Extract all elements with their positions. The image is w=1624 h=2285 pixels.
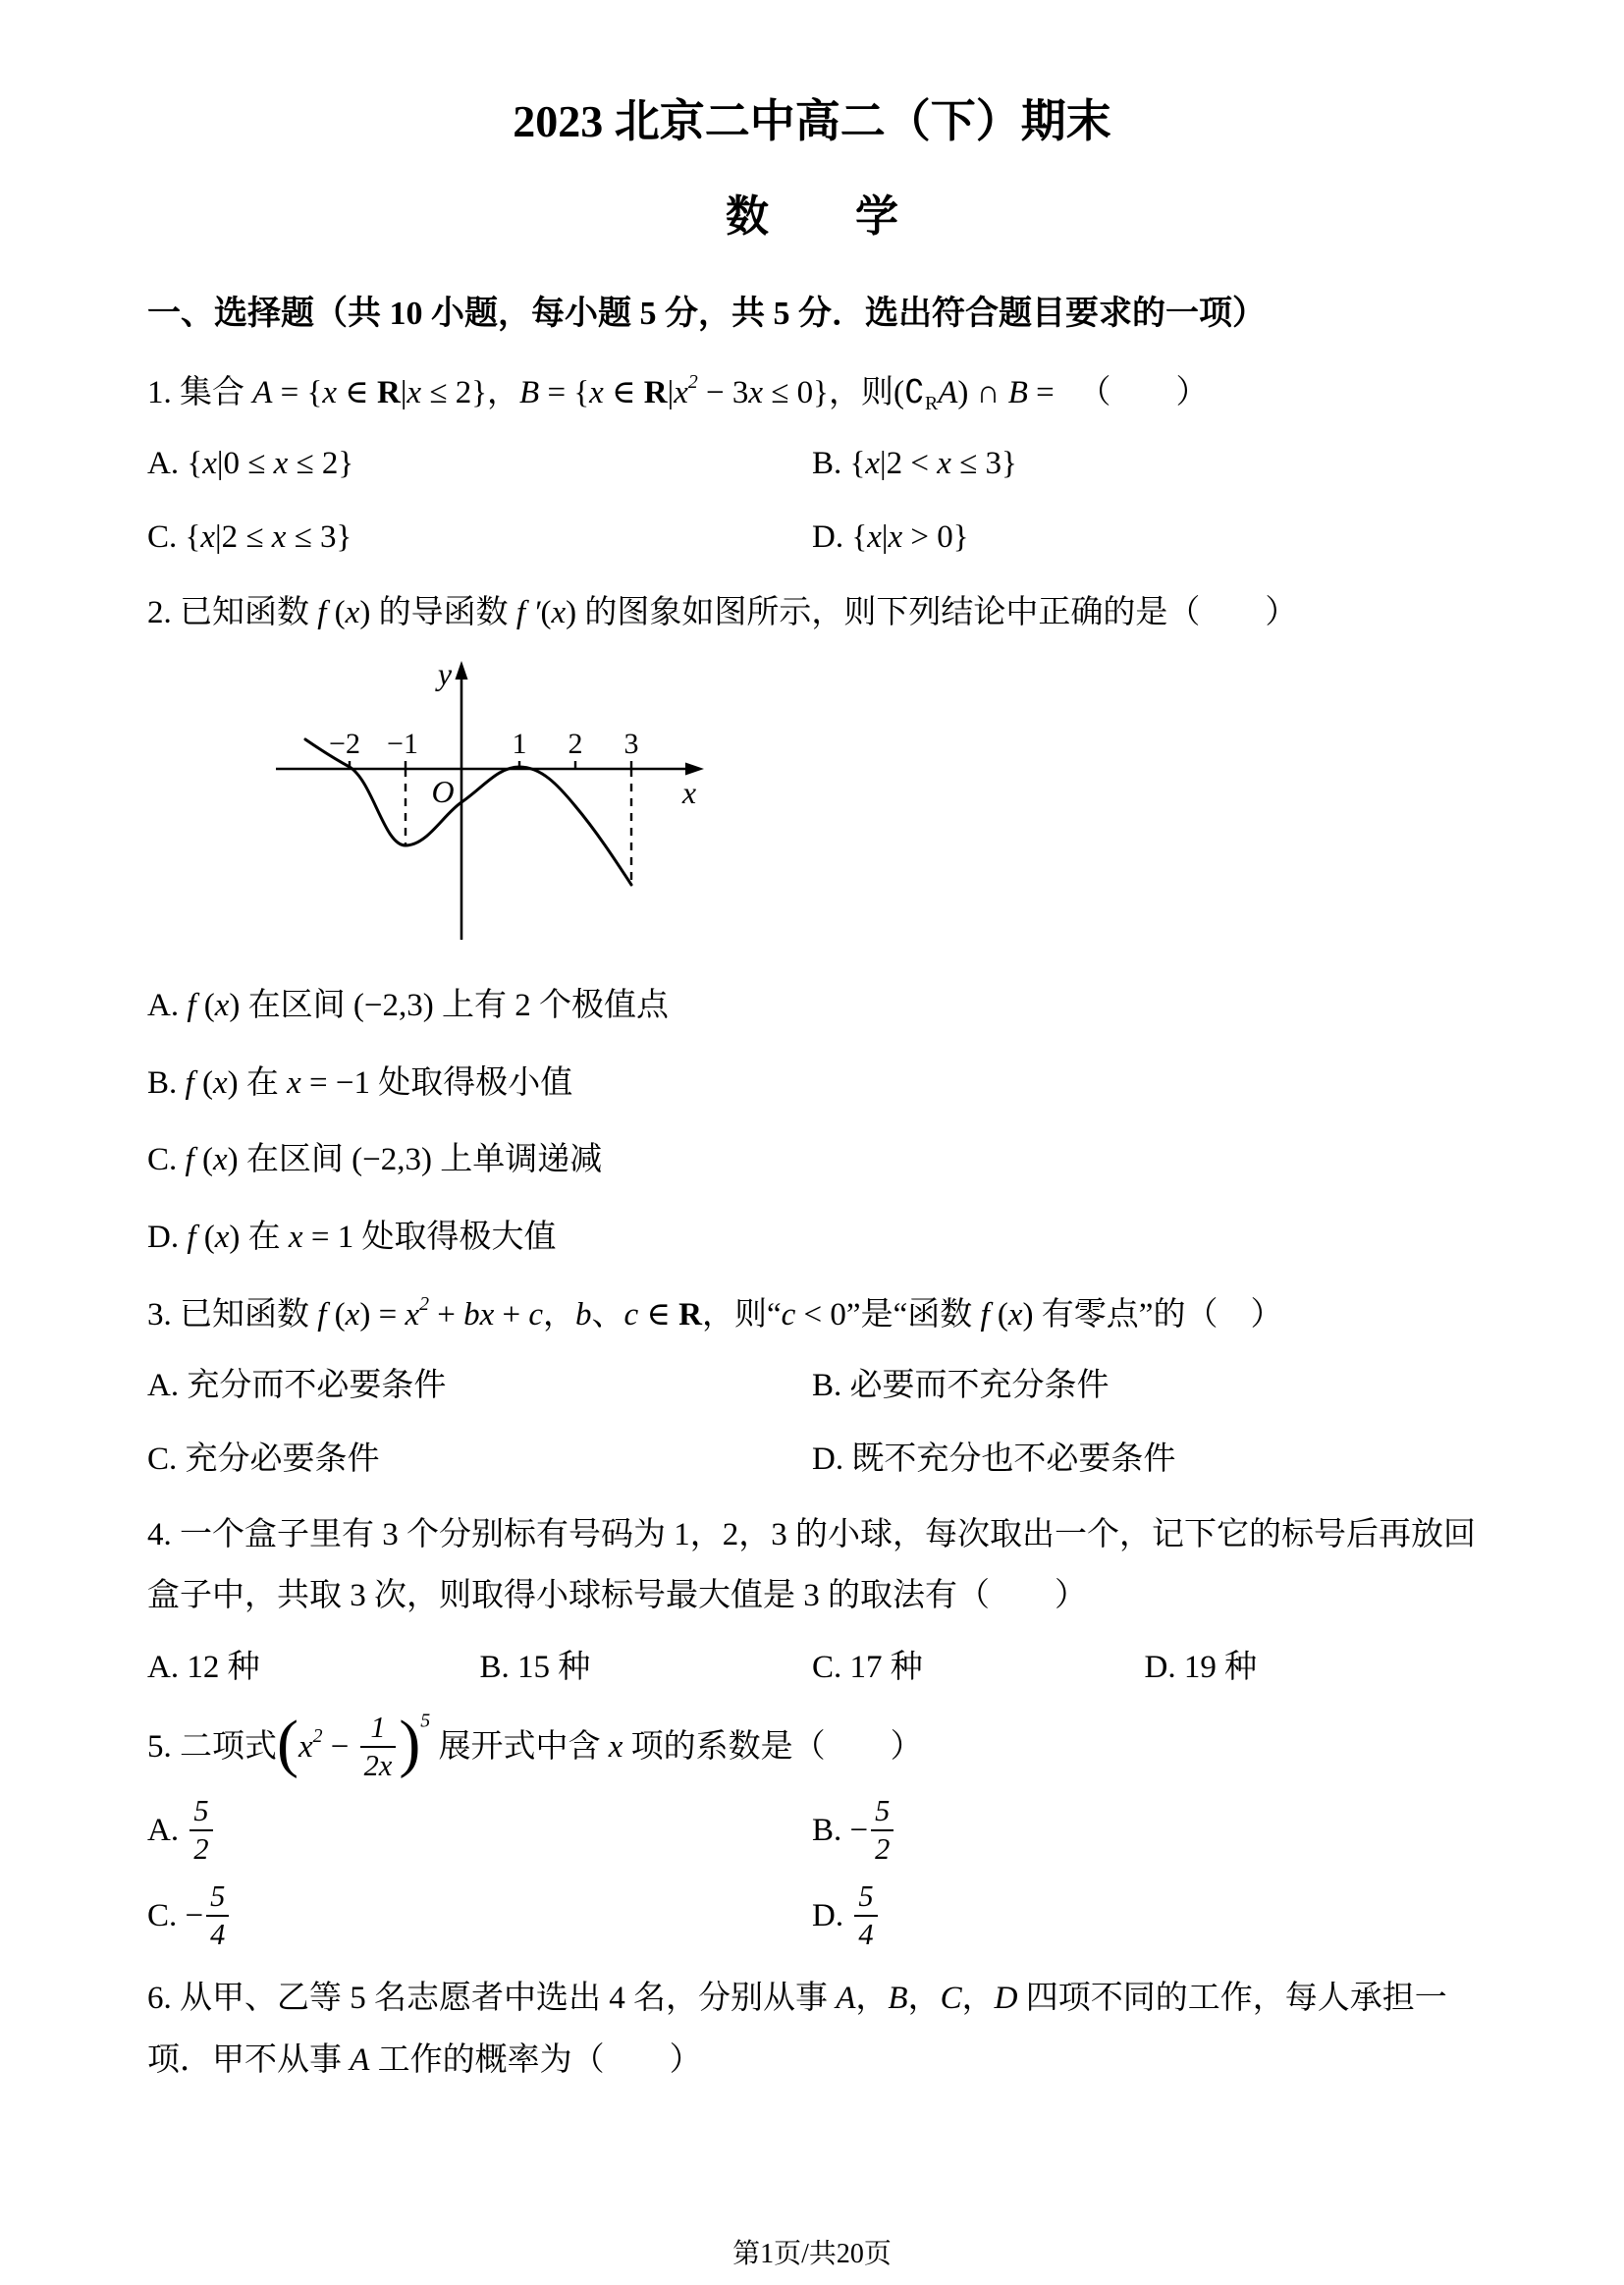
text-run: （ ） [1062, 375, 1209, 410]
question-3-options: A. 充分而不必要条件 B. 必要而不充分条件 C. 充分必要条件 D. 既不充… [147, 1355, 1477, 1490]
math-upright-run: ∈ [337, 375, 377, 410]
math-upright-run: < 0 [795, 1297, 846, 1333]
math-upright-run: ) [228, 1142, 239, 1177]
math-run: x [200, 519, 215, 555]
math-run: x [346, 1297, 360, 1333]
big-paren: ( [277, 1708, 298, 1779]
question-2-option-c: C. f (x) 在区间 (−2,3) 上单调递减 [147, 1129, 1477, 1191]
derivative-curve [305, 739, 631, 885]
text-run: D. [812, 1898, 851, 1933]
math-run: f [980, 1297, 989, 1333]
fraction-denominator: 4 [854, 1915, 877, 1952]
math-upright-run: + [429, 1297, 463, 1333]
math-run: f ′ [516, 595, 541, 630]
question-1-option-c: C. {x|2 ≤ x ≤ 3} [147, 507, 812, 569]
math-run: x [274, 446, 289, 481]
text-run: 、 [592, 1297, 624, 1333]
question-4-stem: 4. 一个盒子里有 3 个分别标有号码为 1，2，3 的小球，每次取出一个，记下… [147, 1504, 1477, 1627]
fraction: 54 [854, 1878, 877, 1952]
math-run: x [937, 446, 951, 481]
exam-page: 2023 北京二中高二（下）期末 数 学 一、选择题（共 10 小题，每小题 5… [0, 0, 1624, 2285]
math-upright-run: ( [326, 595, 345, 630]
question-1: 1. 集合 A = {x ∈ R|x ≤ 2}，B = {x ∈ R|x2 − … [147, 362, 1477, 569]
math-bold-run: R [644, 375, 668, 410]
text-run: 上有 2 个极值点 [434, 988, 669, 1023]
math-upright-run: ) [229, 1220, 240, 1255]
math-run: x [215, 988, 230, 1023]
math-run: x [406, 375, 421, 410]
math-run: C [941, 1981, 962, 2016]
text-run: C. [147, 1142, 186, 1177]
math-run: x [287, 1065, 301, 1101]
math-run: x [1008, 1297, 1023, 1333]
math-upright-run: { [186, 519, 201, 555]
question-4: 4. 一个盒子里有 3 个分别标有号码为 1，2，3 的小球，每次取出一个，记下… [147, 1504, 1477, 1699]
exam-title: 2023 北京二中高二（下）期末 [147, 93, 1477, 150]
math-run: B [1008, 375, 1028, 410]
superscript-run: 2 [419, 1293, 429, 1315]
tick-label-1: 1 [513, 728, 527, 760]
math-upright-run: = 1 [303, 1220, 354, 1255]
text-run: B. [147, 1065, 186, 1101]
text-run: A. [147, 1813, 187, 1848]
text-run: 4. 一个盒子里有 3 个分别标有号码为 1，2，3 的小球，每次取出一个，记下… [147, 1517, 1476, 1614]
text-run: ， [855, 1981, 888, 2016]
text-run: C. [147, 1898, 186, 1933]
math-run: c [782, 1297, 796, 1333]
question-2-option-a: A. f (x) 在区间 (−2,3) 上有 2 个极值点 [147, 975, 1477, 1037]
question-1-option-b: B. {x|2 < x ≤ 3} [812, 433, 1477, 495]
question-3-option-d: D. 既不充分也不必要条件 [812, 1429, 1477, 1491]
math-upright-run: ≤ 3} [951, 446, 1017, 481]
math-run: x [215, 1220, 230, 1255]
math-run: x [551, 595, 566, 630]
text-run: B. [812, 446, 850, 481]
text-run: B. 必要而不充分条件 [812, 1368, 1110, 1403]
big-paren: ) [399, 1708, 420, 1779]
math-run: x [609, 1729, 623, 1765]
y-axis-arrow [456, 661, 468, 680]
tick-label-neg2: −2 [329, 728, 360, 760]
math-upright-run: ≤ 2} [288, 446, 353, 481]
math-bold-run: R [377, 375, 401, 410]
math-upright-run: = { [272, 375, 322, 410]
math-upright-run: = { [539, 375, 589, 410]
fraction: 54 [206, 1878, 229, 1952]
math-run: x [888, 519, 902, 555]
math-run: B [888, 1981, 907, 2016]
math-upright-run: (−2,3) [353, 988, 434, 1023]
math-run: x [322, 375, 337, 410]
text-run: ， [543, 1297, 575, 1333]
math-upright-run: ( [540, 595, 551, 630]
math-run: x [748, 375, 763, 410]
math-upright-run: ≤ 3} [286, 519, 352, 555]
text-run: C. [147, 519, 186, 555]
text-run: 5. 二项式 [147, 1729, 277, 1765]
text-run: ， [908, 1981, 941, 2016]
math-upright-run: ( [196, 1220, 215, 1255]
question-5-options: A. 52 B. −52 C. −54 D. 54 [147, 1796, 1477, 1955]
derivative-graph-svg: −2 −1 1 2 3 O y x [250, 653, 712, 948]
math-upright-run: − [323, 1729, 357, 1765]
text-run: D. [812, 519, 851, 555]
text-run: 的导函数 [370, 595, 516, 630]
question-3-option-a: A. 充分而不必要条件 [147, 1355, 812, 1417]
text-run: 有零点”的（ ） [1034, 1297, 1283, 1333]
math-run: bx [463, 1297, 494, 1333]
text-run: 工作的概率为（ ） [369, 2042, 701, 2078]
math-upright-run: ( [990, 1297, 1008, 1333]
math-upright-run: ∈ [638, 1297, 678, 1333]
question-1-options: A. {x|0 ≤ x ≤ 2} B. {x|2 < x ≤ 3} C. {x|… [147, 433, 1477, 568]
question-5-option-a: A. 52 [147, 1796, 812, 1870]
math-upright-run: ) [566, 595, 576, 630]
text-run: 在 [239, 1065, 288, 1101]
origin-label: O [431, 774, 454, 809]
tick-label-2: 2 [568, 728, 583, 760]
math-bold-run: R [678, 1297, 702, 1333]
fraction: 52 [871, 1793, 893, 1867]
question-2-options: A. f (x) 在区间 (−2,3) 上有 2 个极值点 B. f (x) 在… [147, 975, 1477, 1269]
math-upright-run: = [1028, 375, 1062, 410]
math-run: A [938, 375, 957, 410]
math-run: x [213, 1065, 228, 1101]
x-axis-label: x [681, 775, 696, 810]
math-run: f [186, 1142, 194, 1177]
fraction-denominator: 2 [871, 1829, 893, 1867]
question-6: 6. 从甲、乙等 5 名志愿者中选出 4 名，分别从事 A，B，C，D 四项不同… [147, 1968, 1477, 2091]
text-run: 的图象如图所示，则下列结论中正确的是（ ） [576, 595, 1297, 630]
text-run: 3. 已知函数 [147, 1297, 317, 1333]
question-5-stem: 5. 二项式(x2 − 12x)5 展开式中含 x 项的系数是（ ） [147, 1713, 1477, 1786]
math-run: c [624, 1297, 639, 1333]
question-4-options: A. 12 种 B. 15 种 C. 17 种 D. 19 种 [147, 1637, 1477, 1699]
text-run: C. 17 种 [812, 1650, 923, 1685]
question-2-option-d: D. f (x) 在 x = 1 处取得极大值 [147, 1207, 1477, 1269]
math-upright-run: ) [228, 1065, 239, 1101]
superscript-run: 2 [688, 371, 698, 393]
math-upright-run: (∁ [893, 375, 925, 410]
text-run: 2. 已知函数 [147, 595, 317, 630]
text-run: A. 充分而不必要条件 [147, 1368, 446, 1403]
math-upright-run: { [851, 519, 867, 555]
question-5-option-d: D. 54 [812, 1881, 1477, 1955]
math-upright-run: ∈ [604, 375, 644, 410]
math-upright-run: ≤ 2} [421, 375, 487, 410]
math-upright-run: − [186, 1898, 204, 1933]
text-run: 处取得极小值 [370, 1065, 572, 1101]
question-1-stem: 1. 集合 A = {x ∈ R|x ≤ 2}，B = {x ∈ R|x2 − … [147, 362, 1477, 424]
text-run: D. 19 种 [1145, 1650, 1258, 1685]
text-run: D. 既不充分也不必要条件 [812, 1442, 1175, 1477]
math-upright-run: ) ∩ [957, 375, 1007, 410]
tick-label-neg1: −1 [387, 728, 418, 760]
math-upright-run: ( [326, 1297, 345, 1333]
math-upright-run: ( [196, 988, 215, 1023]
page-footer: 第1页/共20页 [0, 2238, 1624, 2271]
fraction-numerator: 5 [854, 1878, 877, 1914]
question-1-option-a: A. {x|0 ≤ x ≤ 2} [147, 433, 812, 495]
fraction: 52 [189, 1793, 212, 1867]
math-upright-run: ) [1023, 1297, 1034, 1333]
question-4-option-b: B. 15 种 [480, 1637, 813, 1699]
text-run: A. [147, 446, 187, 481]
math-run: x [298, 1729, 313, 1765]
text-run: 在区间 [240, 988, 353, 1023]
y-axis-label: y [435, 656, 453, 691]
fraction-numerator: 5 [871, 1793, 893, 1828]
math-run: x [674, 375, 688, 410]
text-run: 在区间 [239, 1142, 352, 1177]
superscript-run: 2 [313, 1725, 323, 1747]
math-run: B [519, 375, 539, 410]
question-2-option-b: B. f (x) 在 x = −1 处取得极小值 [147, 1053, 1477, 1115]
question-4-option-a: A. 12 种 [147, 1637, 480, 1699]
math-upright-run: ) [359, 595, 370, 630]
math-upright-run: 0 ≤ [223, 446, 273, 481]
math-upright-run: 2 ≤ [222, 519, 272, 555]
math-run: f [186, 1065, 194, 1101]
math-run: x [213, 1142, 228, 1177]
text-run: ，则“ [702, 1297, 782, 1333]
fraction-denominator: 2 [189, 1829, 212, 1867]
text-run: 在 [240, 1220, 289, 1255]
math-run: x [405, 1297, 419, 1333]
tick-label-3: 3 [624, 728, 639, 760]
fraction-numerator: 5 [206, 1878, 229, 1914]
question-4-option-d: D. 19 种 [1145, 1637, 1478, 1699]
text-run: D. [147, 1220, 187, 1255]
question-3-option-b: B. 必要而不充分条件 [812, 1355, 1477, 1417]
math-run: A [252, 375, 272, 410]
math-upright-run: > 0} [902, 519, 968, 555]
text-run: 项的系数是（ ） [623, 1729, 922, 1765]
math-upright-run: ) = [359, 1297, 405, 1333]
fraction-numerator: 5 [189, 1793, 212, 1828]
math-upright-run: ) [229, 988, 240, 1023]
text-run: 展开式中含 [430, 1729, 609, 1765]
math-run: c [528, 1297, 543, 1333]
fraction: 12x [360, 1710, 397, 1783]
derivative-graph: −2 −1 1 2 3 O y x [250, 653, 1477, 969]
math-run: x [289, 1220, 303, 1255]
math-run: x [346, 595, 360, 630]
subscript-run: R [925, 392, 938, 413]
question-1-option-d: D. {x|x > 0} [812, 507, 1477, 569]
math-upright-run: + [494, 1297, 528, 1333]
question-2: 2. 已知函数 f (x) 的导函数 f ′(x) 的图象如图所示，则下列结论中… [147, 582, 1477, 1269]
math-upright-run: − [850, 1813, 869, 1848]
math-run: D [995, 1981, 1018, 2016]
math-run: x [867, 519, 882, 555]
text-run: 上单调递减 [432, 1142, 602, 1177]
math-run: x [272, 519, 287, 555]
fraction-denominator: 4 [206, 1915, 229, 1952]
math-upright-run: 2 < [887, 446, 938, 481]
text-run: ， [487, 375, 519, 410]
math-upright-run: ( [194, 1065, 213, 1101]
text-run: 6. 从甲、乙等 5 名志愿者中选出 4 名，分别从事 [147, 1981, 836, 2016]
question-3-stem: 3. 已知函数 f (x) = x2 + bx + c，b、c ∈ R，则“c … [147, 1284, 1477, 1346]
question-5-option-c: C. −54 [147, 1881, 812, 1955]
math-run: f [187, 988, 195, 1023]
math-upright-run: | [215, 519, 222, 555]
superscript-run: 5 [420, 1710, 430, 1731]
text-run: ”是“函数 [846, 1297, 981, 1333]
question-2-stem: 2. 已知函数 f (x) 的导函数 f ′(x) 的图象如图所示，则下列结论中… [147, 582, 1477, 644]
text-run: B. [812, 1813, 850, 1848]
question-6-stem: 6. 从甲、乙等 5 名志愿者中选出 4 名，分别从事 A，B，C，D 四项不同… [147, 1968, 1477, 2091]
x-axis-arrow [685, 763, 704, 776]
math-upright-run: = −1 [301, 1065, 370, 1101]
text-run: A. [147, 988, 187, 1023]
math-run: A [836, 1981, 855, 2016]
question-3-option-c: C. 充分必要条件 [147, 1429, 812, 1491]
math-upright-run: { [187, 446, 202, 481]
math-upright-run: | [880, 446, 887, 481]
math-run: x [589, 375, 604, 410]
question-4-option-c: C. 17 种 [812, 1637, 1145, 1699]
math-upright-run: (−2,3) [352, 1142, 432, 1177]
exam-subject: 数 学 [147, 190, 1477, 244]
fraction-numerator: 1 [360, 1710, 397, 1745]
question-5: 5. 二项式(x2 − 12x)5 展开式中含 x 项的系数是（ ） A. 52… [147, 1713, 1477, 1955]
text-run: ， [962, 1981, 995, 2016]
text-run: B. 15 种 [480, 1650, 591, 1685]
math-upright-run: ( [194, 1142, 213, 1177]
text-run: C. 充分必要条件 [147, 1442, 380, 1477]
math-run: f [187, 1220, 195, 1255]
math-run: x [865, 446, 880, 481]
math-upright-run: ≤ 0} [763, 375, 829, 410]
text-run: 处取得极大值 [353, 1220, 556, 1255]
text-run: A. 12 种 [147, 1650, 260, 1685]
question-5-option-b: B. −52 [812, 1796, 1477, 1870]
math-run: x [202, 446, 217, 481]
section-heading: 一、选择题（共 10 小题，每小题 5 分，共 5 分．选出符合题目要求的一项） [147, 289, 1477, 339]
question-3: 3. 已知函数 f (x) = x2 + bx + c，b、c ∈ R，则“c … [147, 1284, 1477, 1491]
math-run: A [350, 2042, 369, 2078]
math-run: b [575, 1297, 592, 1333]
math-upright-run: − 3 [698, 375, 749, 410]
math-upright-run: { [850, 446, 866, 481]
text-run: ，则 [829, 375, 893, 410]
text-run: 1. 集合 [147, 375, 252, 410]
fraction-denominator: 2x [360, 1746, 397, 1783]
